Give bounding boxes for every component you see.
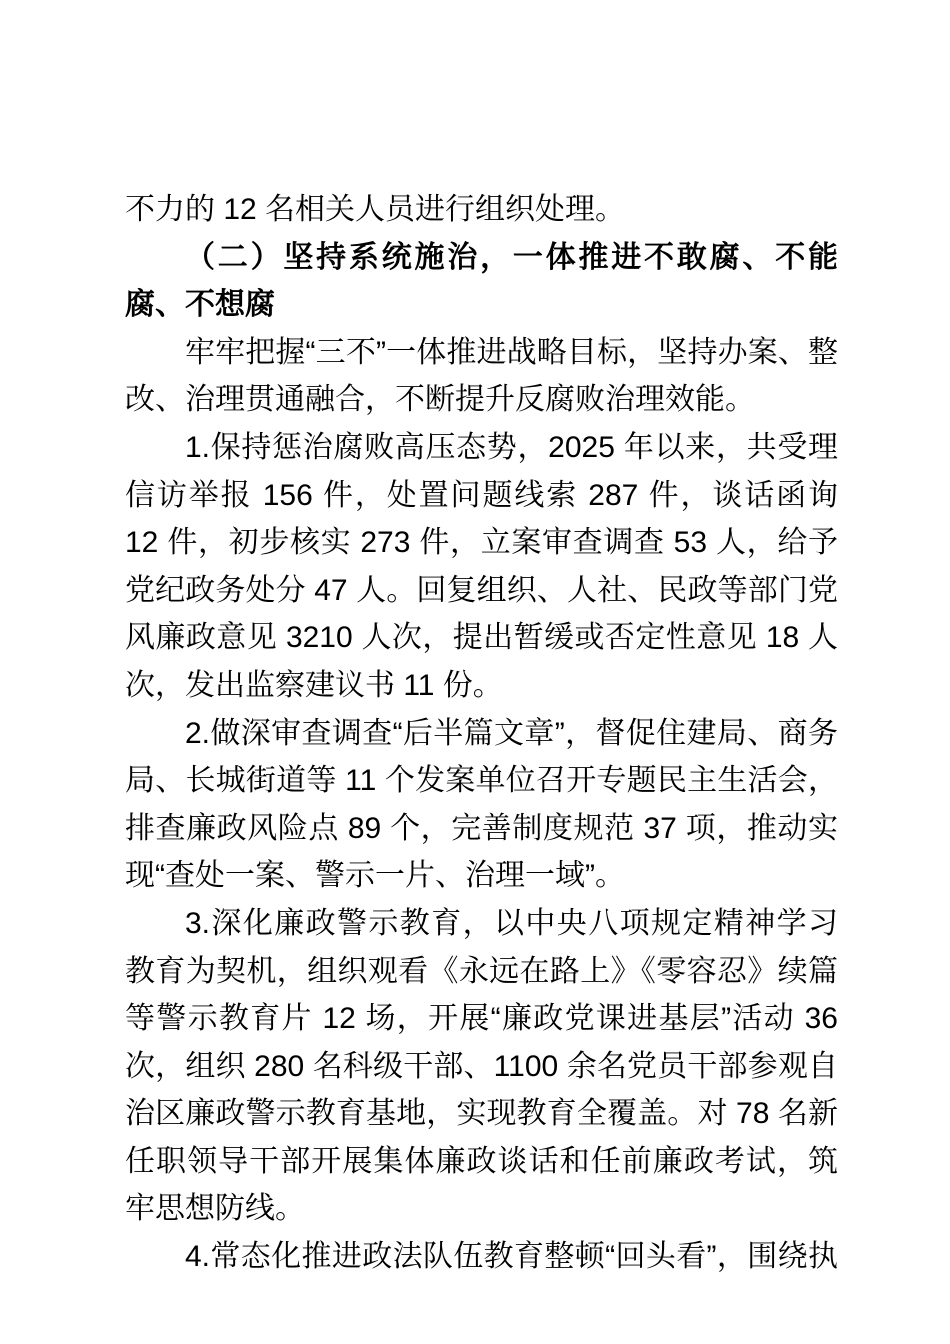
document-page: 不力的 12 名相关人员进行组织处理。 （二）坚持系统施治，一体推进不敢腐、不能… [0,0,950,1344]
paragraph-continuation: 不力的 12 名相关人员进行组织处理。 [125,186,838,234]
item-1-paragraph: 1.保持惩治腐败高压态势，2025 年以来，共受理信访举报 156 件，处置问题… [125,424,838,710]
section-heading: （二）坚持系统施治，一体推进不敢腐、不能腐、不想腐 [125,234,838,329]
section-intro-paragraph: 牢牢把握“三不”一体推进战略目标，坚持办案、整改、治理贯通融合，不断提升反腐败治… [125,329,838,424]
item-4-paragraph-partial: 4.常态化推进政法队伍教育整顿“回头看”，围绕执法司 [125,1233,838,1281]
document-body: 不力的 12 名相关人员进行组织处理。 （二）坚持系统施治，一体推进不敢腐、不能… [125,186,838,1281]
item-2-paragraph: 2.做深审查调查“后半篇文章”，督促住建局、商务局、长城街道等 11 个发案单位… [125,710,838,900]
item-3-paragraph: 3.深化廉政警示教育，以中央八项规定精神学习教育为契机，组织观看《永远在路上》《… [125,900,838,1233]
